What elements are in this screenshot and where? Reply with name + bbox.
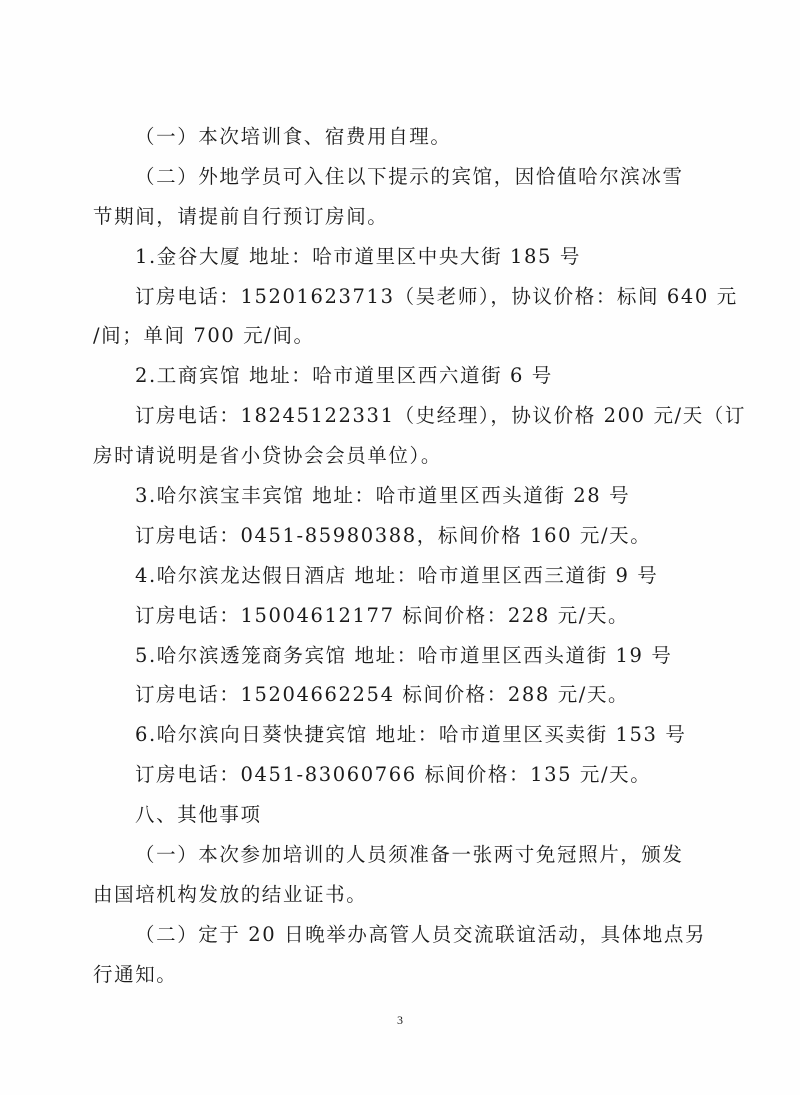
hotel-2-phone-price-cont: 房时请说明是省小贷协会会员单位）。 bbox=[93, 436, 715, 476]
hotel-3-address: 3.哈尔滨宝丰宾馆 地址：哈市道里区西头道街 28 号 bbox=[93, 476, 715, 516]
paragraph-line-hotel-intro-cont: 节期间，请提前自行预订房间。 bbox=[93, 197, 715, 237]
paragraph-line-accommodation-self-paid: （一）本次培训食、宿费用自理。 bbox=[93, 117, 715, 157]
document-page: （一）本次培训食、宿费用自理。 （二）外地学员可入住以下提示的宾馆，因恰值哈尔滨… bbox=[0, 0, 800, 1095]
section-heading-other-matters: 八、其他事项 bbox=[93, 795, 715, 835]
hotel-4-address: 4.哈尔滨龙达假日酒店 地址：哈市道里区西三道街 9 号 bbox=[93, 556, 715, 596]
page-number: 3 bbox=[0, 1013, 800, 1028]
hotel-2-phone-price: 订房电话：18245122331（史经理），协议价格 200 元/天（订 bbox=[93, 396, 715, 436]
hotel-1-phone-price-cont: /间；单间 700 元/间。 bbox=[93, 316, 715, 356]
hotel-1-address: 1.金谷大厦 地址：哈市道里区中央大街 185 号 bbox=[93, 237, 715, 277]
paragraph-line-photo-requirement-cont: 由国培机构发放的结业证书。 bbox=[93, 875, 715, 915]
hotel-5-phone-price: 订房电话：15204662254 标间价格：288 元/天。 bbox=[93, 675, 715, 715]
paragraph-line-hotel-intro: （二）外地学员可入住以下提示的宾馆，因恰值哈尔滨冰雪 bbox=[93, 157, 715, 197]
paragraph-line-photo-requirement: （一）本次参加培训的人员须准备一张两寸免冠照片，颁发 bbox=[93, 835, 715, 875]
hotel-1-phone-price: 订房电话：15201623713（吴老师），协议价格：标间 640 元 bbox=[93, 277, 715, 317]
paragraph-line-networking-event-cont: 行通知。 bbox=[93, 955, 715, 995]
document-body: （一）本次培训食、宿费用自理。 （二）外地学员可入住以下提示的宾馆，因恰值哈尔滨… bbox=[93, 117, 715, 995]
hotel-2-address: 2.工商宾馆 地址：哈市道里区西六道街 6 号 bbox=[93, 356, 715, 396]
hotel-3-phone-price: 订房电话：0451-85980388，标间价格 160 元/天。 bbox=[93, 516, 715, 556]
paragraph-line-networking-event: （二）定于 20 日晚举办高管人员交流联谊活动，具体地点另 bbox=[93, 915, 715, 955]
hotel-6-phone-price: 订房电话：0451-83060766 标间价格：135 元/天。 bbox=[93, 755, 715, 795]
hotel-5-address: 5.哈尔滨透笼商务宾馆 地址：哈市道里区西头道街 19 号 bbox=[93, 636, 715, 676]
hotel-4-phone-price: 订房电话：15004612177 标间价格：228 元/天。 bbox=[93, 596, 715, 636]
hotel-6-address: 6.哈尔滨向日葵快捷宾馆 地址：哈市道里区买卖街 153 号 bbox=[93, 715, 715, 755]
